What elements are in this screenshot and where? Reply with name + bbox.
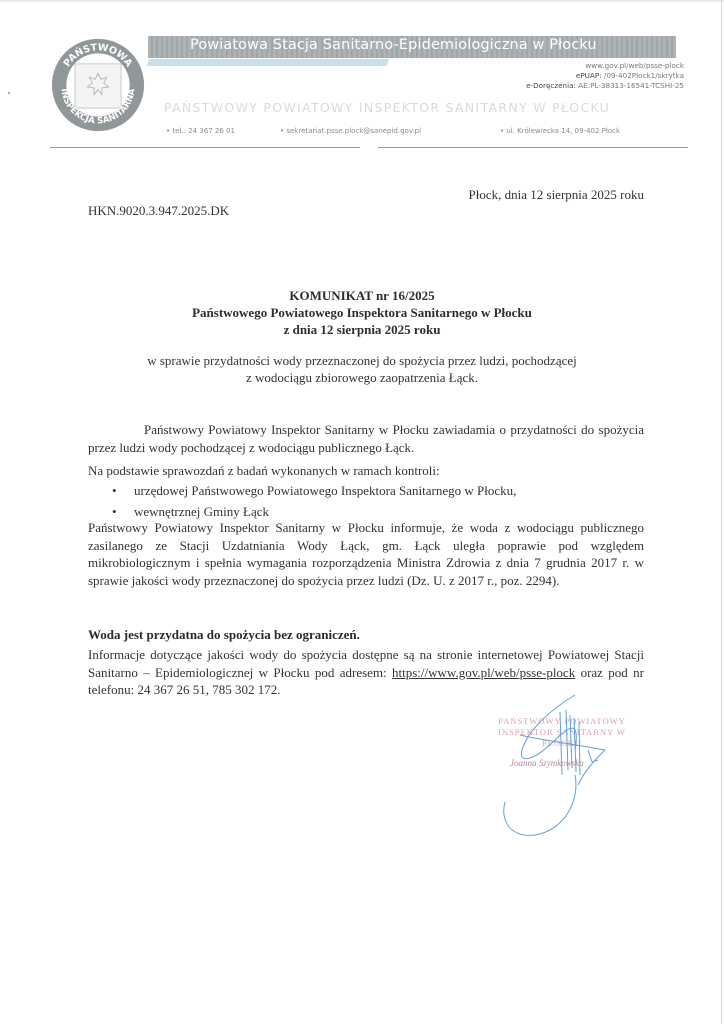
website-link[interactable]: https://www.gov.pl/web/psse-plock — [392, 665, 575, 680]
list-item: urzędowej Państwowego Powiatowego Inspek… — [112, 480, 516, 501]
sanitary-inspection-logo-icon: PAŃSTWOWA INSPEKCJA SANITARNA — [50, 37, 146, 133]
subject-line: w sprawie przydatności wody przeznaczone… — [0, 352, 724, 369]
letterhead-accent-bar — [147, 59, 390, 66]
scan-speck — [8, 92, 10, 94]
scan-edge-top — [0, 0, 724, 2]
letterhead-divider-right — [378, 147, 688, 148]
email-text: • sekretariat.psse.plock@sanepid.gov.pl — [280, 127, 421, 135]
paragraph-notice: Państwowy Powiatowy Inspektor Sanitarny … — [88, 421, 644, 456]
heading-line: KOMUNIKAT nr 16/2025 — [0, 287, 724, 304]
address-text: • ul. Królewiecka 14, 09-402 Płock — [500, 127, 620, 135]
subject-line: z wodociągu zbiorowego zaopatrzenia Łąck… — [0, 369, 724, 386]
letterhead-divider-left — [50, 147, 360, 148]
scan-edge-right — [721, 0, 722, 1024]
paragraph-basis-intro: Na podstawie sprawozdań z badań wykonany… — [88, 462, 644, 480]
phone-text: • tel.: 24 367 26 01 — [166, 127, 235, 135]
website-text: www.gov.pl/web/psse-plock — [526, 61, 684, 71]
heading-line: Państwowego Powiatowego Inspektora Sanit… — [0, 304, 724, 321]
place-and-date: Płock, dnia 12 sierpnia 2025 roku — [469, 187, 644, 203]
conclusion-statement: Woda jest przydatna do spożycia bez ogra… — [88, 627, 360, 643]
handwritten-signature-icon — [480, 690, 650, 840]
inspector-title: PAŃSTWOWY POWIATOWY INSPEKTOR SANITARNY … — [164, 100, 610, 115]
announcement-subject: w sprawie przydatności wody przeznaczone… — [0, 352, 724, 386]
institution-name: Powiatowa Stacja Sanitarno-Epidemiologic… — [190, 37, 597, 53]
letterhead-contact-block: www.gov.pl/web/psse-plock ePUAP: /09-402… — [526, 61, 684, 91]
case-reference: HKN.9020.3.947.2025.DK — [88, 203, 229, 219]
epuap-line: ePUAP: /09-402Plock1/skrytka — [526, 71, 684, 81]
document-page: PAŃSTWOWA INSPEKCJA SANITARNA Powiatowa … — [0, 0, 724, 1024]
heading-line: z dnia 12 sierpnia 2025 roku — [0, 321, 724, 338]
paragraph-findings: Państwowy Powiatowy Inspektor Sanitarny … — [88, 519, 644, 589]
edoreczenia-line: e-Doręczenia: AE:PL-38313-16541-TCSHI-25 — [526, 81, 684, 91]
control-list: urzędowej Państwowego Powiatowego Inspek… — [112, 480, 516, 522]
announcement-heading: KOMUNIKAT nr 16/2025 Państwowego Powiato… — [0, 287, 724, 338]
